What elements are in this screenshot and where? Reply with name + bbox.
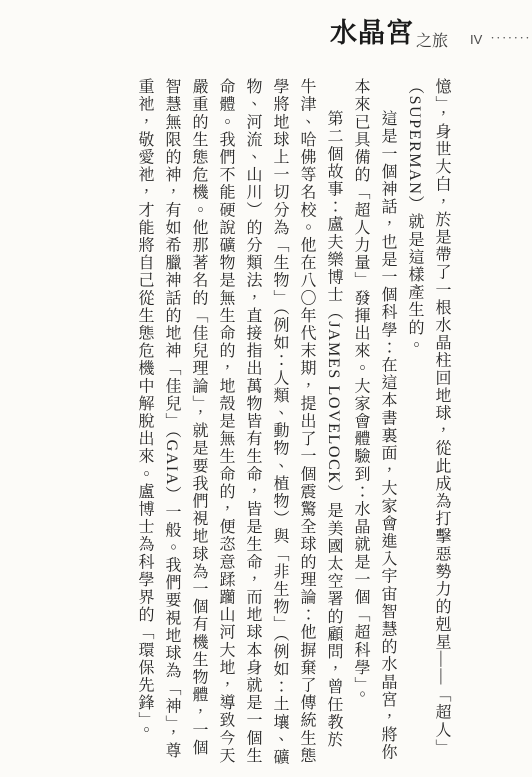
book-title-sub: 之旅: [416, 34, 448, 50]
paragraph-myth-science: 這是一個神話，也是一個科學：在這本書裏面，大家會進入宇宙智慧的水晶宮，將你本來已…: [347, 78, 401, 766]
book-page: 水晶宮 之旅 IV ············· 憶」，身世大白，於是帶了一根水晶…: [0, 0, 532, 777]
vertical-text-body: 憶」，身世大白，於是帶了一根水晶柱回地球，從此成為打擊惡勢力的剋星——「超人」（…: [131, 78, 455, 766]
page-number: IV: [470, 33, 482, 46]
dotted-rule: ·············: [490, 31, 532, 44]
paragraph-second-story: 第二個故事：盧夫樂博士（JAMES LOVELOCK）是美國太空署的顧問，曾任教…: [131, 78, 347, 766]
page-header: 水晶宮 之旅 IV ·············: [330, 20, 525, 50]
book-title-main: 水晶宮: [330, 20, 414, 47]
paragraph-continuation: 憶」，身世大白，於是帶了一根水晶柱回地球，從此成為打擊惡勢力的剋星——「超人」（…: [401, 78, 455, 766]
